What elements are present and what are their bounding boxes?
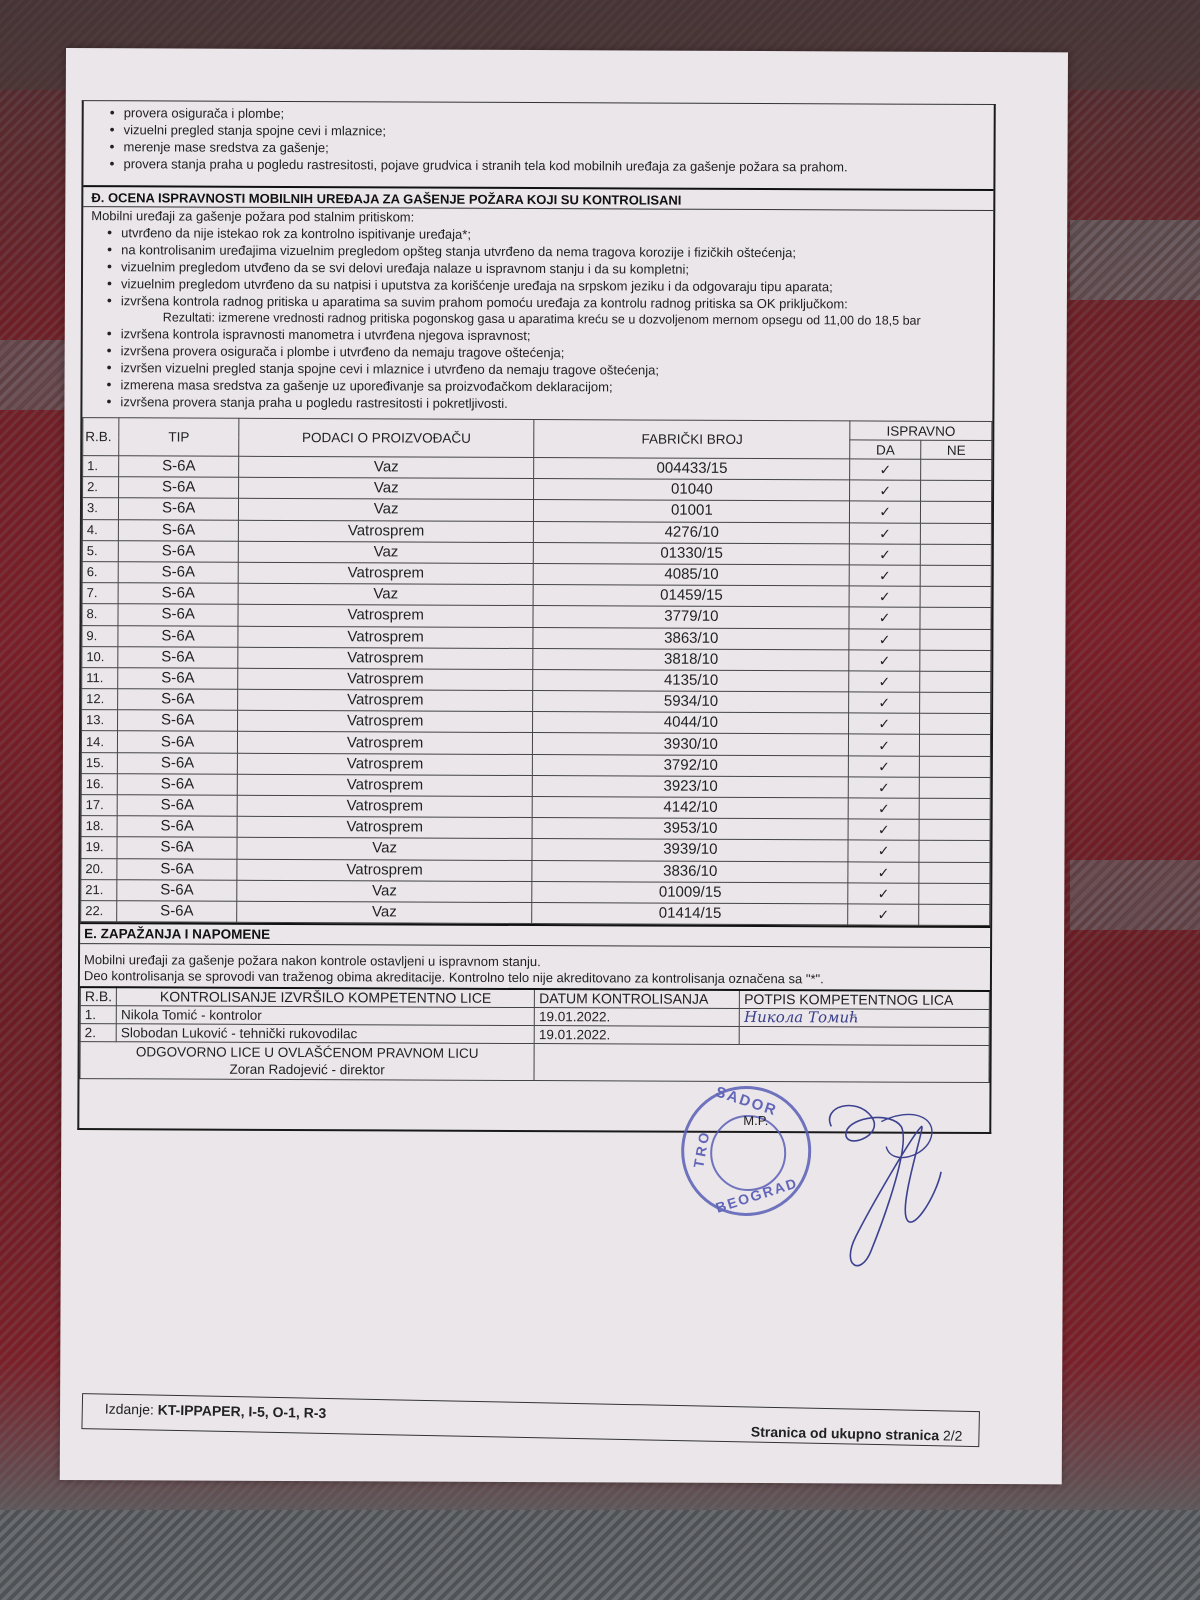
cell-manufacturer: Vatrosprem [238,520,534,542]
cell-manufacturer: Vatrosprem [237,795,533,817]
cell-rb: 9. [82,625,119,646]
cell-manufacturer: Vatrosprem [238,668,534,690]
cell-tip: S-6A [117,901,237,923]
cell-serial: 3923/10 [533,775,849,798]
cell-ne [920,565,991,586]
cell-serial: 3930/10 [533,733,849,756]
responsible-name: Zoran Radojević - direktor [85,1060,530,1079]
cell-serial: 3863/10 [533,627,849,650]
cell-tip: S-6A [117,879,237,901]
cell-manufacturer: Vatrosprem [238,605,534,627]
document-page: provera osigurača i plombe;vizuelni preg… [60,48,1068,1484]
edition-value: KT-IPPAPER, I-5, O-1, R-3 [158,1402,327,1421]
cell-da: ✓ [849,607,920,628]
responsible-title: ODGOVORNO LICE U OVLAŠĆENOM PRAVNOM LICU [85,1043,530,1062]
cell-da: ✓ [849,565,920,586]
cell-manufacturer: Vatrosprem [238,562,534,584]
cell-manufacturer: Vaz [238,583,534,605]
cell-tip: S-6A [118,625,238,647]
cell-rb: 14. [81,731,118,752]
cell-da: ✓ [849,650,920,671]
bullet-item: izvršena provera stanja praha u pogledu … [100,393,992,414]
cell-rb: 20. [81,858,118,879]
cell-tip: S-6A [118,774,238,796]
cell-rb: 7. [82,583,119,604]
sign-date: 19.01.2022. [534,1008,739,1027]
cell-serial: 01330/15 [534,542,850,565]
cell-tip: S-6A [118,689,238,711]
sign-rb: 2. [80,1024,116,1042]
cell-rb: 13. [82,710,119,731]
cell-manufacturer: Vatrosprem [237,816,533,838]
cell-serial: 4044/10 [533,712,849,735]
sign-signature [739,1027,989,1046]
cell-ne [919,798,990,819]
cell-serial: 5934/10 [533,691,849,714]
cell-da: ✓ [848,861,919,882]
cell-tip: S-6A [117,837,237,859]
cell-ne [919,883,990,904]
cell-da: ✓ [849,628,920,649]
header-ispravno: ISPRAVNO [850,421,992,441]
cell-ne [920,735,991,756]
cell-tip: S-6A [118,604,238,626]
cell-manufacturer: Vatrosprem [237,711,533,733]
cell-serial: 4085/10 [534,563,850,586]
cell-rb: 8. [82,604,119,625]
cell-manufacturer: Vaz [238,499,534,521]
stamp-side-text: TRO [690,1128,713,1169]
responsible-person: ODGOVORNO LICE U OVLAŠĆENOM PRAVNOM LICU… [80,1042,534,1081]
cell-rb: 10. [82,646,119,667]
cell-serial: 01001 [534,500,850,523]
cell-ne [919,756,990,777]
section-e-body: Mobilni uređaji za gašenje požara nakon … [80,944,990,990]
section-d-bullets-b: izvršena kontrola ispravnosti manometra … [90,325,992,414]
cell-ne [919,904,990,925]
cell-manufacturer: Vaz [238,477,534,499]
cell-manufacturer: Vaz [239,456,535,478]
page-value: 2/2 [943,1427,963,1443]
sign-person: Nikola Tomić - kontrolor [116,1006,534,1026]
cell-serial: 004433/15 [534,458,850,481]
header-rb: R.B. [83,418,120,456]
cell-ne [920,692,991,713]
cell-tip: S-6A [119,456,239,478]
cell-rb: 1. [83,456,120,477]
cell-da: ✓ [849,671,920,692]
devices-table: R.B. TIP PODACI O PROIZVOĐAČU FABRIČKI B… [80,417,992,926]
cell-rb: 12. [82,689,119,710]
cell-serial: 01459/15 [534,585,850,608]
cell-tip: S-6A [119,540,239,562]
cell-da: ✓ [850,480,921,501]
cell-rb: 22. [81,901,118,922]
cell-tip: S-6A [117,816,237,838]
header-serial: FABRIČKI BROJ [534,420,850,459]
cell-da: ✓ [849,756,920,777]
cell-serial: 01009/15 [532,881,848,904]
background-fabric-bottom [0,1510,1200,1600]
cell-rb: 3. [82,498,119,519]
cell-rb: 19. [81,837,118,858]
cell-manufacturer: Vaz [237,880,533,902]
section-d-body: Mobilni uređaji za gašenje požara pod st… [82,207,993,418]
cell-da: ✓ [848,840,919,861]
cell-tip: S-6A [119,583,239,605]
cell-rb: 17. [81,795,118,816]
cell-ne [920,629,991,650]
sign-person: Slobodan Luković - tehnički rukovodilac [116,1024,534,1044]
cell-serial: 3939/10 [532,839,848,862]
sign-rb: 1. [80,1006,116,1024]
section-d-bullets-a: utvrđeno da nije istekao rok za kontroln… [91,224,993,313]
cell-ne [920,671,991,692]
cell-ne [920,544,991,565]
cell-manufacturer: Vatrosprem [237,859,533,881]
edition-info: Izdanje: KT-IPPAPER, I-5, O-1, R-3 [105,1401,327,1421]
cell-da: ✓ [850,501,921,522]
cell-ne [920,586,991,607]
cell-serial: 3818/10 [533,648,849,671]
cell-rb: 16. [81,773,118,794]
cell-ne [919,819,990,840]
cell-manufacturer: Vatrosprem [237,732,533,754]
cell-serial: 4142/10 [533,797,849,820]
cell-da: ✓ [850,522,921,543]
cell-tip: S-6A [119,498,239,520]
cell-manufacturer: Vatrosprem [237,774,533,796]
cell-tip: S-6A [119,519,239,541]
cell-manufacturer: Vatrosprem [237,753,533,775]
cell-ne [921,480,992,501]
cell-da: ✓ [848,777,919,798]
sign-header-person: KONTROLISANJE IZVRŠILO KOMPETENTNO LICE [117,987,535,1007]
cell-ne [919,777,990,798]
cell-rb: 15. [81,752,118,773]
cell-serial: 01040 [534,479,850,502]
cell-ne [920,713,991,734]
cell-da: ✓ [849,713,920,734]
cell-da: ✓ [848,798,919,819]
handwritten-signature-icon [761,1076,1022,1277]
cell-rb: 18. [81,816,118,837]
cell-tip: S-6A [118,752,238,774]
cell-serial: 3792/10 [533,754,849,777]
page-label: Stranica od ukupno stranica [751,1424,940,1444]
cell-tip: S-6A [119,477,239,499]
checklist-bullets: provera osigurača i plombe;vizuelni preg… [103,104,993,176]
cell-serial: 4276/10 [534,521,850,544]
header-ne: NE [921,440,992,459]
cell-ne [921,502,992,523]
cell-tip: S-6A [118,668,238,690]
cell-ne [919,841,990,862]
devices-table-body: 1.S-6AVaz004433/15✓2.S-6AVaz01040✓3.S-6A… [81,456,992,926]
cell-serial: 3953/10 [532,818,848,841]
page-footer: Izdanje: KT-IPPAPER, I-5, O-1, R-3 Stran… [81,1393,980,1447]
cell-da: ✓ [849,692,920,713]
cell-tip: S-6A [117,858,237,880]
cell-tip: S-6A [118,646,238,668]
cell-manufacturer: Vatrosprem [238,647,534,669]
note-line: Deo kontrolisanja se sprovodi van tražen… [84,968,986,988]
cell-rb: 6. [82,562,119,583]
cell-manufacturer: Vatrosprem [237,689,533,711]
bullet-item: provera stanja praha u pogledu rastresit… [103,155,993,176]
cell-ne [920,650,991,671]
cell-serial: 3779/10 [533,606,849,629]
page-counter: Stranica od ukupno stranica 2/2 [751,1424,963,1444]
cell-serial: 01414/15 [532,902,848,925]
signatures-table: R.B. KONTROLISANJE IZVRŠILO KOMPETENTNO … [80,986,990,1083]
cell-rb: 4. [82,519,119,540]
cell-da: ✓ [849,734,920,755]
cell-tip: S-6A [118,731,238,753]
sign-date: 19.01.2022. [534,1026,739,1045]
header-da: DA [850,440,921,459]
header-manufacturer: PODACI O PROIZVOĐAČU [239,418,535,457]
sign-signature: Никола Томић [739,1009,989,1028]
cell-manufacturer: Vaz [237,838,533,860]
cell-ne [921,459,992,480]
cell-tip: S-6A [118,710,238,732]
checklist-continued: provera osigurača i plombe;vizuelni preg… [83,101,993,191]
cell-tip: S-6A [118,795,238,817]
cell-rb: 2. [83,477,120,498]
cell-ne [920,608,991,629]
edition-label: Izdanje: [105,1401,154,1418]
cell-da: ✓ [848,819,919,840]
form-frame: provera osigurača i plombe;vizuelni preg… [77,100,995,1134]
cell-da: ✓ [848,904,919,925]
cell-serial: 4135/10 [533,669,849,692]
cell-rb: 11. [82,667,119,688]
header-tip: TIP [119,418,239,457]
cell-ne [919,862,990,883]
cell-manufacturer: Vaz [238,541,534,563]
cell-da: ✓ [850,459,921,480]
background-fabric-stripe [1070,220,1200,300]
cell-da: ✓ [848,883,919,904]
background-fabric-stripe [1070,860,1200,930]
sign-header-signature: POTPIS KOMPETENTNOG LICA [740,990,990,1010]
cell-manufacturer: Vatrosprem [238,626,534,648]
sign-header-rb: R.B. [80,987,116,1006]
cell-rb: 5. [82,540,119,561]
cell-da: ✓ [849,586,920,607]
cell-ne [920,523,991,544]
cell-rb: 21. [81,879,118,900]
cell-da: ✓ [850,544,921,565]
cell-tip: S-6A [119,562,239,584]
cell-manufacturer: Vaz [237,901,533,923]
sign-header-date: DATUM KONTROLISANJA [535,989,740,1008]
background-fabric-stripe [0,340,68,410]
cell-serial: 3836/10 [532,860,848,883]
